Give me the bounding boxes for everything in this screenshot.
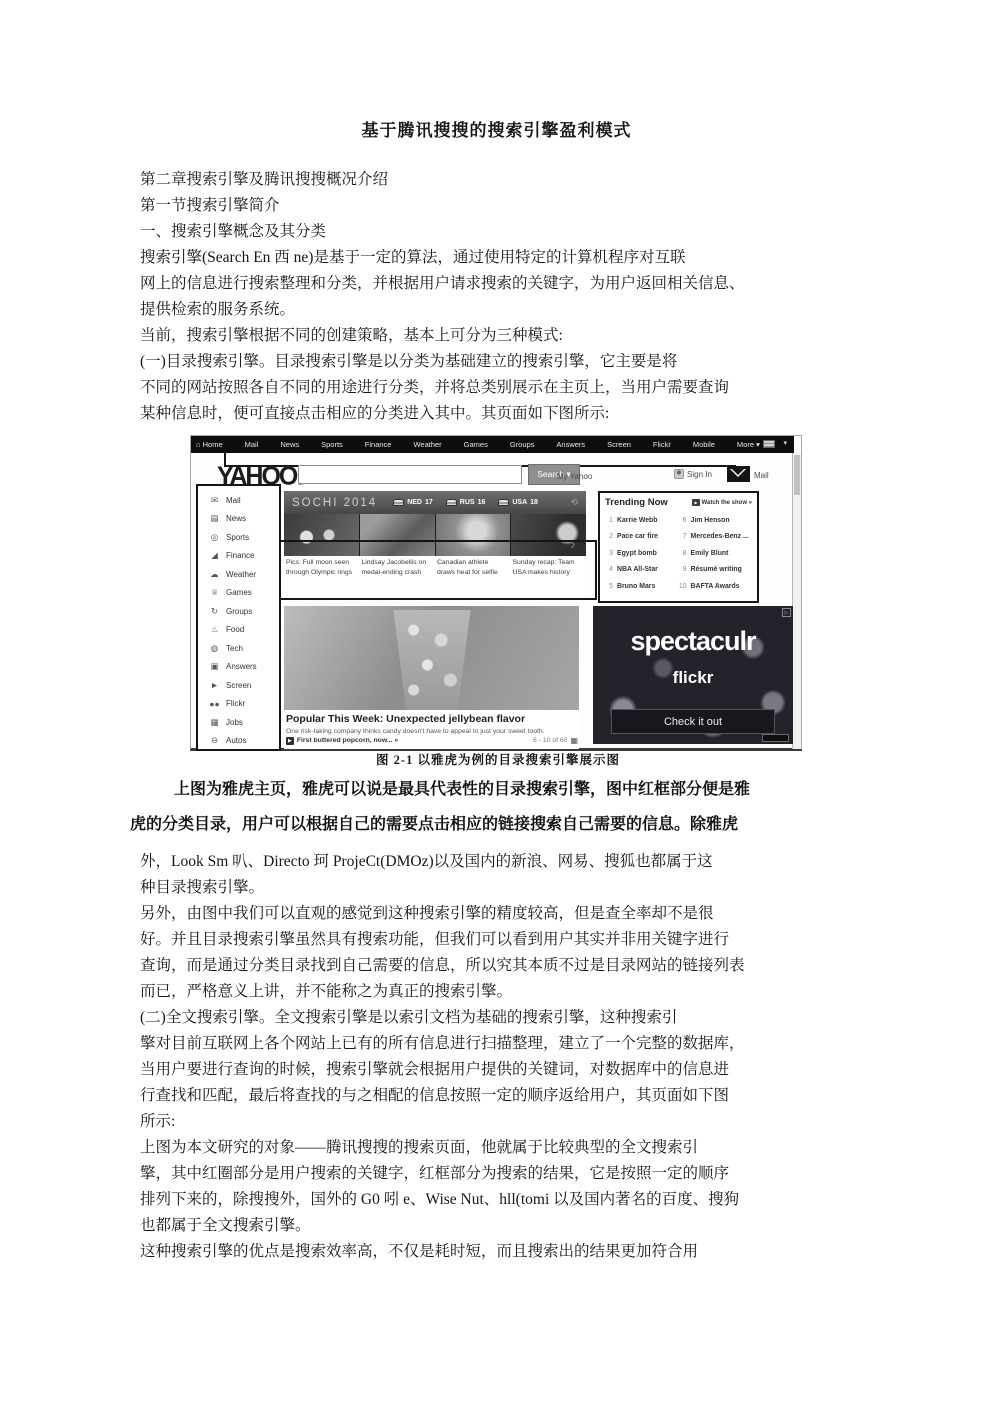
trending-label: Mercedes-Benz ... <box>691 533 749 540</box>
check-it-out-button[interactable]: Check it out <box>611 709 775 734</box>
sidebar-item-label: Groups <box>226 607 252 616</box>
sidebar-item[interactable]: ●● Flickr <box>209 695 279 714</box>
country-flag-icon <box>498 499 509 506</box>
chevron-down-icon: ▾ <box>783 439 787 447</box>
text-line: 某种信息时，便可直接点击相应的分类进入其中。其页面如下图所示: <box>140 401 860 427</box>
tv-play-icon: ▶ <box>692 499 699 506</box>
bold-paragraph: 上图为雅虎主页，雅虎可以说是最具代表性的目录搜索引擎，图中红框部分便是雅虎的分类… <box>130 772 866 842</box>
sidebar-item-icon: ♨ <box>209 624 220 635</box>
trending-item[interactable]: 10 BAFTA Awards <box>679 578 753 595</box>
figure-caption: 图 2-1 以雅虎为例的目录搜索引擎展示图 <box>140 750 856 768</box>
trending-item[interactable]: 9 Résumé writing <box>679 562 753 579</box>
sign-in-link[interactable]: Sign In <box>674 469 712 479</box>
nav-item[interactable]: Mail <box>245 440 259 449</box>
medal-entry: RUS 16 <box>446 499 486 506</box>
trending-item[interactable]: 6 Jim Henson <box>679 512 753 529</box>
country-code: RUS <box>460 499 475 506</box>
text-line: 另外，由图中我们可以直观的感觉到这种搜索引擎的精度较高，但是查全率却不是很 <box>140 901 860 927</box>
sidebar-item-label: Games <box>226 588 252 597</box>
paragraphs-before-figure: 第二章搜索引擎及腾讯搜搜概况介绍第一节搜索引擎简介一、搜索引擎概念及其分类搜索引… <box>140 167 860 427</box>
sidebar-item-icon: ↻ <box>209 606 220 617</box>
nav-item[interactable]: Games <box>464 440 488 449</box>
trending-item[interactable]: 2 Pace car fire <box>605 529 679 546</box>
sochi-title: SOCHI 2014 <box>292 497 377 509</box>
trending-label: Jim Henson <box>691 517 730 524</box>
trending-rank: 4 <box>605 566 613 573</box>
nav-item[interactable]: Answers <box>556 440 585 449</box>
popular-this-week: Popular This Week: Unexpected jellybean … <box>284 606 579 749</box>
text-line: 而已，严格意义上讲，并不能称之为真正的搜索引擎。 <box>140 979 860 1005</box>
trending-now-panel: Trending Now ▶ Watch the show » 1 Karrie… <box>598 491 759 603</box>
text-line: 查询，而是通过分类目录找到自己需要的信息，所以究其本质不过是目录网站的链接列表 <box>140 953 860 979</box>
nav-item[interactable]: Mobile <box>693 440 715 449</box>
figure-yahoo-screenshot: ⌂ HomeMailNewsSportsFinanceWeatherGamesG… <box>190 435 802 751</box>
trending-label: Karrie Webb <box>617 517 657 524</box>
sidebar-item-label: Tech <box>226 644 243 653</box>
text-line: 行查找和匹配，最后将查找的与之相配的信息按照一定的顺序返给用户，其页面如下图 <box>140 1083 860 1109</box>
sidebar-item-label: Sports <box>226 533 249 542</box>
nav-item[interactable]: Weather <box>413 440 441 449</box>
trending-label: Egypt bomb <box>617 550 657 557</box>
sign-in-label: Sign In <box>687 470 712 479</box>
search-input[interactable] <box>298 465 522 484</box>
trending-label: Emily Blunt <box>691 550 729 557</box>
category-sidebar: ✉ Mail ▤ News ◎ Sports ◢ Finance ☁ Weath… <box>196 484 281 751</box>
trending-item[interactable]: 3 Egypt bomb <box>605 545 679 562</box>
annotation-frame-captions <box>279 540 597 600</box>
trending-column-left: 1 Karrie Webb 2 Pace car fire 3 Egypt bo… <box>605 512 679 595</box>
country-code: NED <box>407 499 422 506</box>
trending-column-right: 6 Jim Henson 7 Mercedes-Benz ... 8 Emily… <box>679 512 753 595</box>
mail-link[interactable]: Mail <box>754 471 769 480</box>
ad-headline: spectaculr <box>593 626 793 657</box>
text-line: 种目录搜索引擎。 <box>140 875 860 901</box>
mail-envelope-icon[interactable] <box>727 466 750 482</box>
text-line: 擎对目前互联网上各个网站上已有的所有信息进行扫描整理，建立了一个完整的数据库， <box>140 1031 860 1057</box>
sidebar-item[interactable]: ◢ Finance <box>209 547 279 566</box>
text-line: 不同的网站按照各自不同的用途进行分类，并将总类别展示在主页上，当用户需要查询 <box>140 375 860 401</box>
sidebar-item[interactable]: ► Screen <box>209 676 279 695</box>
text-line: 好。并且目录搜索引擎虽然具有搜索功能，但我们可以看到用户其实并非用关键字进行 <box>140 927 860 953</box>
text-line: 排列下来的，除搜搜外，国外的 G0 吲 e、Wise Nut、hll(tomi … <box>140 1187 860 1213</box>
sidebar-item-label: Mail <box>226 496 241 505</box>
nav-item[interactable]: Sports <box>321 440 343 449</box>
yahoo-top-nav: ⌂ HomeMailNewsSportsFinanceWeatherGamesG… <box>191 436 794 453</box>
sidebar-item[interactable]: ♕ Games <box>209 584 279 603</box>
text-line: 这种搜索引擎的优点是搜索效率高，不仅是耗时短，而且搜索出的结果更加符合用 <box>140 1239 860 1265</box>
nav-item[interactable]: Groups <box>510 440 535 449</box>
text-line: 第一节搜索引擎简介 <box>140 193 860 219</box>
sidebar-item-icon: ▤ <box>209 513 220 524</box>
medal-count: 17 <box>425 499 433 506</box>
trending-item[interactable]: 1 Karrie Webb <box>605 512 679 529</box>
sidebar-item[interactable]: ◎ Sports <box>209 528 279 547</box>
sidebar-item-icon: ▦ <box>209 717 220 728</box>
paragraphs-after-figure: 外，Look Sm 叭、Directo 珂 ProjeCt(DMOz)以及国内的… <box>140 849 860 1265</box>
medal-counts: NED 17 RUS 16 USA 18 <box>393 499 538 506</box>
sidebar-item-label: News <box>226 514 246 523</box>
sidebar-item-label: Screen <box>226 681 251 690</box>
sidebar-item-icon: ⊖ <box>209 735 220 746</box>
trending-item[interactable]: 8 Emily Blunt <box>679 545 753 562</box>
sidebar-item-label: Food <box>226 625 244 634</box>
sidebar-item-icon: ●● <box>209 699 220 709</box>
trending-rank: 3 <box>605 550 613 557</box>
text-line: 网上的信息进行搜索整理和分类，并根据用户请求搜索的关键字，为用户返回相关信息、 <box>140 271 860 297</box>
page-title: 基于腾讯搜搜的搜索引擎盈利模式 <box>0 116 993 141</box>
text-line: 一、搜索引擎概念及其分类 <box>140 219 860 245</box>
nav-item[interactable]: ⌂ Home <box>196 440 223 449</box>
trending-label: Bruno Mars <box>617 583 655 590</box>
sidebar-item-icon: ◎ <box>209 532 220 543</box>
sidebar-item[interactable]: ⊖ Autos <box>209 732 279 751</box>
my-yahoo-link[interactable]: My Yahoo <box>557 472 592 481</box>
text-line: 上图为雅虎主页，雅虎可以说是最具代表性的目录搜索引擎，图中红框部分便是雅 <box>130 772 866 807</box>
trending-rank: 10 <box>679 583 687 590</box>
medal-entry: NED 17 <box>393 499 433 506</box>
sidebar-item-icon: ▣ <box>209 661 220 672</box>
sidebar-item-label: Finance <box>226 551 254 560</box>
sidebar-item[interactable]: ▦ Jobs <box>209 713 279 732</box>
watch-label: Watch the show » <box>702 500 752 506</box>
trending-rank: 2 <box>605 533 613 540</box>
trending-rank: 8 <box>679 550 687 557</box>
nav-item[interactable]: News <box>280 440 299 449</box>
trending-label: Résumé writing <box>691 566 742 573</box>
trending-item[interactable]: 7 Mercedes-Benz ... <box>679 529 753 546</box>
sidebar-item-icon: ◢ <box>209 550 220 561</box>
pagination-label: 6 - 10 of 60 <box>533 737 567 744</box>
nav-item[interactable]: Screen <box>607 440 631 449</box>
trending-rank: 9 <box>679 566 687 573</box>
watch-the-show-link[interactable]: ▶ Watch the show » <box>692 499 752 506</box>
flickr-ad: ▷ spectaculr flickr Check it out <box>593 606 793 744</box>
sidebar-item-label: Autos <box>226 736 246 745</box>
sidebar-item-label: Weather <box>226 570 256 579</box>
text-line: 所示: <box>140 1109 860 1135</box>
text-line: (一)目录搜索引擎。目录搜索引擎是以分类为基础建立的搜索引擎，它主要是将 <box>140 349 860 375</box>
trending-item[interactable]: 4 NBA All-Star <box>605 562 679 579</box>
popular-link[interactable]: First buttered popcorn, now... » <box>297 737 398 744</box>
popular-body-text: One risk-taking company thinks candy doe… <box>286 727 578 736</box>
trending-rank: 7 <box>679 533 687 540</box>
popular-headline[interactable]: Popular This Week: Unexpected jellybean … <box>286 713 525 725</box>
sidebar-item-label: Flickr <box>226 699 245 708</box>
sidebar-item-icon: ✉ <box>209 495 220 506</box>
sidebar-item[interactable]: ◍ Tech <box>209 639 279 658</box>
trending-item[interactable]: 5 Bruno Mars <box>605 578 679 595</box>
sidebar-item-label: Answers <box>226 662 257 671</box>
text-line: 搜索引擎(Search En 西 ne)是基于一定的算法，通过使用特定的计算机程… <box>140 245 860 271</box>
text-line: 也都属于全文搜索引擎。 <box>140 1213 860 1239</box>
scrollbar-thumb[interactable] <box>794 455 800 495</box>
sidebar-item-icon: ► <box>209 680 220 690</box>
text-line: 提供检索的服务系统。 <box>140 297 860 323</box>
refresh-icon[interactable]: ⟲ <box>570 497 578 508</box>
text-line: 虎的分类目录，用户可以根据自己的需要点击相应的链接搜索自己需要的信息。除雅虎 <box>130 807 866 842</box>
medal-count: 18 <box>530 499 538 506</box>
sidebar-item[interactable]: ↻ Groups <box>209 602 279 621</box>
sidebar-item[interactable]: ▣ Answers <box>209 658 279 677</box>
text-line: 当前，搜索引擎根据不同的创建策略，基本上可分为三种模式: <box>140 323 860 349</box>
flag-icon[interactable] <box>763 440 775 448</box>
sidebar-item-icon: ♕ <box>209 587 220 598</box>
country-flag-icon <box>446 499 457 506</box>
text-line: 当用户要进行查询的时候，搜索引擎就会根据用户提供的关键词，对数据库中的信息进 <box>140 1057 860 1083</box>
nav-item[interactable]: Finance <box>365 440 392 449</box>
nav-item[interactable]: More ▾ <box>737 440 760 449</box>
text-line: (二)全文搜索引擎。全文搜索引擎是以索引文档为基础的搜索引擎，这种搜索引 <box>140 1005 860 1031</box>
trending-label: BAFTA Awards <box>691 583 740 590</box>
sochi-banner: SOCHI 2014 NED 17 RUS 16 USA 18 <box>284 491 586 514</box>
trending-rank: 1 <box>605 517 613 524</box>
sidebar-item[interactable]: ♨ Food <box>209 621 279 640</box>
nav-item[interactable]: Flickr <box>653 440 671 449</box>
medal-count: 16 <box>478 499 486 506</box>
text-line: 第二章搜索引擎及腾讯搜搜概况介绍 <box>140 167 860 193</box>
country-code: USA <box>512 499 527 506</box>
country-flag-icon <box>393 499 404 506</box>
adchoices-icon[interactable]: ▷ <box>782 608 791 617</box>
jellybean-photo <box>284 606 579 710</box>
trending-title: Trending Now <box>605 497 668 508</box>
trending-rank: 5 <box>605 583 613 590</box>
text-line: 擎，其中红圈部分是用户搜索的关键字，红框部分为搜索的结果，它是按照一定的顺序 <box>140 1161 860 1187</box>
sidebar-item-icon: ☁ <box>209 569 220 580</box>
flickr-logo: flickr <box>593 668 793 688</box>
sidebar-item-label: Jobs <box>226 718 243 727</box>
sidebar-item[interactable]: ✉ Mail <box>209 491 279 510</box>
trending-rank: 6 <box>679 517 687 524</box>
text-line: 上图为本文研究的对象——腾讯搜搜的搜索页面，他就属于比较典型的全文搜索引 <box>140 1135 860 1161</box>
trending-label: Pace car fire <box>617 533 658 540</box>
jellybean-jar <box>386 610 478 710</box>
sidebar-item[interactable]: ▤ News <box>209 510 279 529</box>
ad-label-badge <box>762 734 789 742</box>
trending-label: NBA All-Star <box>617 566 658 573</box>
person-icon <box>674 469 684 479</box>
play-icon: ▶ <box>286 737 294 745</box>
sidebar-item-icon: ◍ <box>209 643 220 654</box>
sidebar-item[interactable]: ☁ Weather <box>209 565 279 584</box>
text-line: 外，Look Sm 叭、Directo 珂 ProjeCt(DMOz)以及国内的… <box>140 849 860 875</box>
grid-view-icon[interactable]: ▦ <box>570 736 578 745</box>
medal-entry: USA 18 <box>498 499 538 506</box>
scrollbar[interactable] <box>792 453 801 749</box>
